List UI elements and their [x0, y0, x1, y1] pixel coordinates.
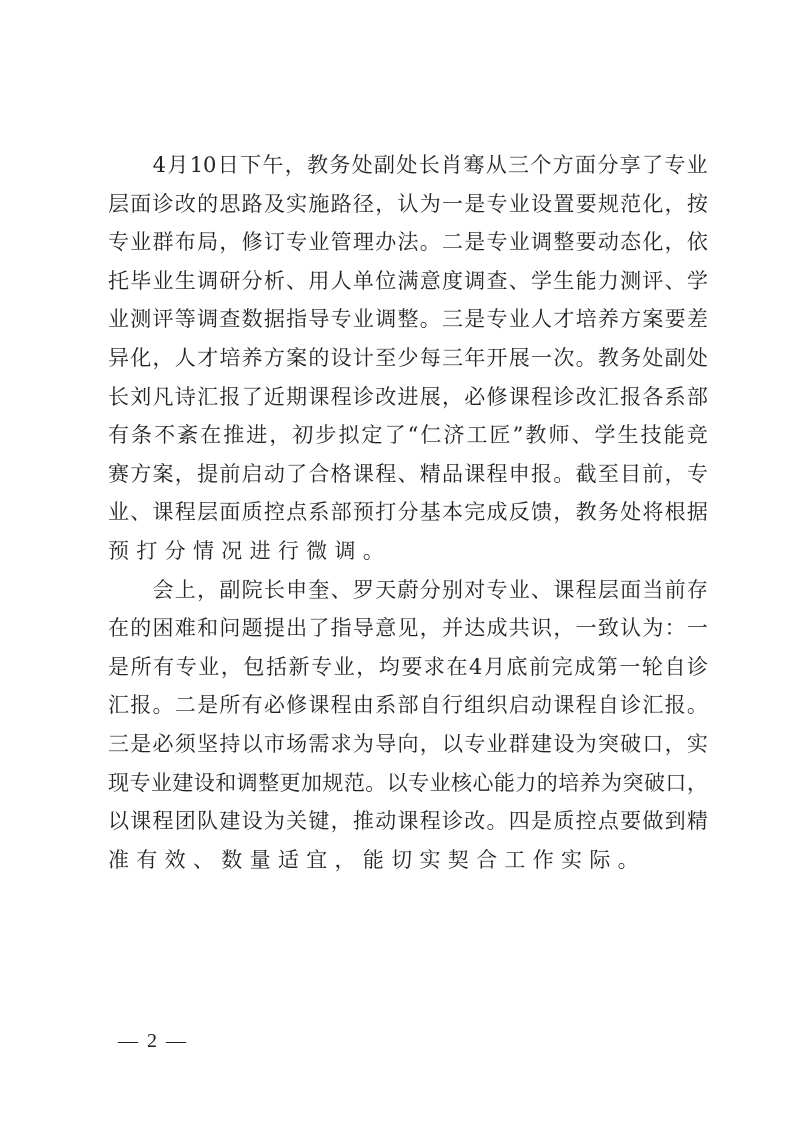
text-char: 专: [487, 571, 508, 610]
text-char: 业: [353, 300, 374, 339]
text-char: 培: [576, 300, 597, 339]
text-char: 指: [286, 300, 307, 339]
text-char: 见: [397, 609, 418, 648]
text-char: 调: [464, 262, 485, 301]
text-char: 实: [687, 725, 708, 764]
text-char: 思: [219, 185, 240, 224]
text-char: 打: [136, 532, 164, 571]
text-char: 识: [531, 609, 552, 648]
text-char: 控: [576, 802, 597, 841]
text-char: 学: [531, 262, 552, 301]
text-line: 4月10日下午，教务处副处长肖骞从三个方面分享了专业: [108, 146, 708, 185]
text-char: 专: [487, 223, 508, 262]
text-char: 业: [198, 648, 219, 687]
text-char: 合: [308, 455, 329, 494]
text-char: 所: [131, 648, 152, 687]
text-char: 报: [130, 686, 151, 725]
text-char: 必: [264, 686, 285, 725]
text-char: 业: [687, 146, 708, 185]
text-char: ，: [420, 725, 441, 764]
text-char: 导: [353, 609, 374, 648]
text-line: 预打分情况进行微调。: [108, 532, 708, 571]
text-char: 系: [665, 378, 686, 417]
text-char: 方: [264, 339, 285, 378]
text-char: 第: [597, 648, 618, 687]
text-char: 毕: [130, 262, 151, 301]
text-char: 指: [331, 609, 352, 648]
text-char: 路: [331, 185, 352, 224]
text-char: 养: [598, 300, 619, 339]
text-char: 条: [131, 416, 152, 455]
text-char: ，: [175, 455, 196, 494]
text-char: 况: [221, 532, 249, 571]
text-line: 以课程团队建设为关键，推动课程诊改。四是质控点要做到精: [108, 802, 708, 841]
text-char: 教: [307, 146, 328, 185]
paragraph-2: 会上，副院长申奎、罗天蔚分别对专业、课程层面当前存 在的困难和问题提出了指导意见…: [108, 571, 708, 880]
text-char: 为: [420, 185, 441, 224]
text-char: 是: [464, 223, 485, 262]
text-char: 法: [397, 223, 418, 262]
text-char: 实: [561, 841, 589, 880]
text-char: 反: [509, 493, 530, 532]
text-char: 精: [420, 455, 441, 494]
text-char: 基: [420, 493, 441, 532]
text-char: 设: [531, 185, 552, 224]
text-char: 人: [331, 262, 352, 301]
text-char: 括: [266, 648, 287, 687]
text-char: 业: [509, 223, 530, 262]
text-char: 在: [108, 609, 129, 648]
text-char: 契: [448, 841, 476, 880]
text-char: 馈: [531, 493, 552, 532]
text-line: 赛方案，提前启动了合格课程、精品课程申报。截至目前，专: [108, 455, 708, 494]
text-char: 更: [280, 764, 301, 803]
text-char: 长: [419, 146, 440, 185]
text-char: 面: [620, 571, 641, 610]
text-char: 一: [619, 648, 640, 687]
text-char: 教: [598, 339, 619, 378]
text-char: 是: [531, 802, 552, 841]
text-char: 案: [642, 300, 663, 339]
text-char: 成: [487, 493, 508, 532]
text-char: 推: [353, 802, 374, 841]
text-char: 测: [130, 300, 151, 339]
text-char: 成: [487, 609, 508, 648]
text-char: 专: [311, 648, 332, 687]
text-char: 前: [529, 648, 550, 687]
text-char: 拟: [338, 416, 359, 455]
text-line: 汇报。二是所有必修课程由系部自行组织启动课程自诊汇报。: [108, 686, 708, 725]
text-char: 处: [396, 146, 417, 185]
text-char: 建: [172, 764, 193, 803]
text-char: 施: [308, 185, 329, 224]
text-char: 要: [401, 648, 422, 687]
text-char: 点: [598, 802, 619, 841]
text-char: 三: [108, 725, 129, 764]
text-char: 程: [153, 802, 174, 841]
text-char: 有: [153, 648, 174, 687]
text-char: 异: [108, 339, 129, 378]
text-char: 课: [353, 455, 374, 494]
text-char: 力: [598, 262, 619, 301]
text-line: 在的困难和问题提出了指导意见，并达成共识，一致认为：一: [108, 609, 708, 648]
text-char: 整: [553, 223, 574, 262]
text-char: 要: [576, 223, 597, 262]
text-char: 上: [175, 571, 196, 610]
text-char: 等: [175, 300, 196, 339]
text-char: 进: [250, 532, 278, 571]
text-char: 学: [687, 262, 708, 301]
text-char: 轮: [642, 648, 663, 687]
text-char: 力: [515, 764, 536, 803]
text-char: 业: [487, 725, 508, 764]
text-char: 为: [576, 725, 597, 764]
text-char: 关: [286, 802, 307, 841]
text-char: 本: [442, 493, 463, 532]
text-char: ，: [665, 455, 686, 494]
text-char: 需: [308, 725, 329, 764]
text-char: 启: [509, 686, 530, 725]
text-char: 。: [553, 455, 574, 494]
text-char: 均: [379, 648, 400, 687]
text-char: 部: [331, 493, 352, 532]
text-char: 整: [397, 300, 418, 339]
text-char: 对: [464, 571, 485, 610]
text-char: 以: [242, 725, 263, 764]
text-char: 业: [509, 571, 530, 610]
text-char: 控: [264, 493, 285, 532]
text-char: 各: [642, 378, 663, 417]
text-char: 托: [108, 262, 129, 301]
text-char: 、: [286, 262, 307, 301]
text-char: 打: [375, 493, 396, 532]
text-char: 要: [620, 802, 641, 841]
text-char: 生: [618, 416, 639, 455]
text-char: 期: [286, 378, 307, 417]
text-char: 。: [618, 841, 646, 880]
text-char: 作: [533, 841, 561, 880]
text-char: 步: [315, 416, 336, 455]
text-char: 、: [331, 571, 352, 610]
text-char: 课: [397, 802, 418, 841]
text-char: 口: [665, 764, 686, 803]
text-char: 坚: [197, 725, 218, 764]
text-char: 场: [286, 725, 307, 764]
text-char: 处: [687, 339, 708, 378]
text-char: 10: [190, 146, 217, 185]
text-char: 。: [420, 300, 441, 339]
text-char: 实: [419, 841, 447, 880]
text-char: 专: [176, 648, 197, 687]
text-char: 的: [537, 764, 558, 803]
text-char: 人: [531, 300, 552, 339]
text-char: 了: [286, 455, 307, 494]
text-char: 合: [476, 841, 504, 880]
text-char: 工: [467, 416, 488, 455]
text-char: 效: [165, 841, 193, 880]
text-char: 意: [420, 262, 441, 301]
text-char: 课: [153, 493, 174, 532]
text-char: 诊: [442, 802, 463, 841]
text-char: 订: [264, 223, 285, 262]
text-char: 分: [242, 262, 263, 301]
text-char: 程: [375, 455, 396, 494]
text-char: 层: [108, 185, 129, 224]
text-char: 罗: [353, 571, 374, 610]
text-char: 方: [620, 300, 641, 339]
body-text: 4月10日下午，教务处副处长肖骞从三个方面分享了专业 层面诊改的思路及实施路径，…: [108, 146, 708, 879]
text-char: 布: [175, 223, 196, 262]
text-char: 品: [442, 455, 463, 494]
text-char: 少: [397, 339, 418, 378]
text-char: 分: [597, 146, 618, 185]
text-char: 程: [420, 802, 441, 841]
text-char: 规: [598, 185, 619, 224]
text-char: 一: [531, 339, 552, 378]
text-char: 加: [301, 764, 322, 803]
text-char: ”: [513, 416, 524, 455]
text-char: ：: [665, 609, 686, 648]
text-char: 、: [509, 262, 530, 301]
text-char: 程: [576, 571, 597, 610]
text-char: ，: [665, 223, 686, 262]
text-char: 处: [642, 339, 663, 378]
text-char: 为: [353, 725, 374, 764]
text-char: 建: [219, 802, 240, 841]
text-char: 意: [375, 609, 396, 648]
text-char: 午: [262, 146, 283, 185]
text-char: 按: [687, 185, 708, 224]
text-char: ，: [687, 764, 708, 803]
text-char: 现: [108, 764, 129, 803]
text-char: 才: [553, 300, 574, 339]
text-char: 难: [175, 609, 196, 648]
text-char: 专: [687, 455, 708, 494]
text-char: 设: [242, 802, 263, 841]
text-char: 专: [331, 300, 352, 339]
text-char: ，: [375, 185, 396, 224]
text-char: 调: [197, 262, 218, 301]
text-char: 及: [264, 185, 285, 224]
text-char: 成: [574, 648, 595, 687]
text-char: 导: [308, 300, 329, 339]
text-char: 工: [504, 841, 532, 880]
text-char: 业: [108, 493, 129, 532]
text-char: 业: [430, 764, 451, 803]
text-char: 和: [215, 764, 236, 803]
text-char: 行: [278, 532, 306, 571]
text-char: [108, 571, 129, 610]
text-char: 进: [246, 416, 267, 455]
text-char: 匠: [490, 416, 511, 455]
text-char: 修: [286, 686, 307, 725]
text-char: 养: [580, 764, 601, 803]
text-char: 质: [242, 493, 263, 532]
document-page: 4月10日下午，教务处副处长肖骞从三个方面分享了专业 层面诊改的思路及实施路径，…: [0, 0, 793, 1122]
text-char: 化: [642, 223, 663, 262]
text-char: 置: [553, 185, 574, 224]
text-char: 诊: [553, 378, 574, 417]
text-char: 展: [509, 339, 530, 378]
text-char: 骞: [463, 146, 484, 185]
text-char: 业: [153, 262, 174, 301]
text-char: 诊: [620, 686, 641, 725]
text-char: ，: [221, 648, 242, 687]
text-char: 致: [598, 609, 619, 648]
text-char: 业: [108, 300, 129, 339]
text-line: 三是必须坚持以市场需求为导向，以专业群建设为突破口，实: [108, 725, 708, 764]
text-char: 预: [108, 532, 136, 571]
text-line: 准有效、数量适宜，能切实契合工作实际。: [108, 841, 708, 880]
text-char: 位: [375, 262, 396, 301]
text-char: 养: [242, 339, 263, 378]
text-char: 破: [620, 725, 641, 764]
text-char: 。: [576, 339, 597, 378]
text-char: 群: [509, 725, 530, 764]
text-char: 长: [264, 571, 285, 610]
text-char: 申: [286, 571, 307, 610]
text-char: 设: [194, 764, 215, 803]
text-char: 展: [420, 378, 441, 417]
text-char: 、: [130, 493, 151, 532]
text-char: 是: [464, 300, 485, 339]
text-char: 分: [420, 571, 441, 610]
text-char: 4: [153, 146, 166, 185]
text-char: 四: [509, 802, 530, 841]
text-char: 设: [553, 725, 574, 764]
text-char: 课: [509, 378, 530, 417]
text-char: 提: [264, 609, 285, 648]
text-char: 人: [175, 339, 196, 378]
text-char: 为: [642, 609, 663, 648]
text-char: 必: [464, 378, 485, 417]
text-char: 刘: [130, 378, 151, 417]
text-char: 析: [264, 262, 285, 301]
text-char: 动: [375, 802, 396, 841]
text-char: 。: [420, 223, 441, 262]
text-char: [130, 571, 151, 610]
text-char: 会: [153, 571, 174, 610]
text-char: 层: [197, 493, 218, 532]
text-char: 业: [334, 648, 355, 687]
text-char: 当: [642, 571, 663, 610]
text-char: 度: [442, 262, 463, 301]
text-char: 部: [397, 686, 418, 725]
text-char: 层: [598, 571, 619, 610]
text-char: 格: [331, 455, 352, 494]
text-char: ，: [269, 416, 290, 455]
text-char: 进: [397, 378, 418, 417]
text-char: 教: [525, 416, 546, 455]
text-char: 提: [197, 455, 218, 494]
text-char: 处: [352, 146, 373, 185]
text-char: 次: [553, 339, 574, 378]
text-char: 学: [595, 416, 616, 455]
text-char: 天: [375, 571, 396, 610]
text-char: 专: [487, 185, 508, 224]
text-char: 了: [308, 609, 329, 648]
text-char: 副: [219, 571, 240, 610]
text-char: 程: [331, 686, 352, 725]
text-char: 课: [553, 571, 574, 610]
text-char: 是: [464, 185, 485, 224]
text-char: 程: [175, 493, 196, 532]
text-char: 并: [442, 609, 463, 648]
text-char: 赛: [108, 455, 129, 494]
text-char: 肖: [441, 146, 462, 185]
text-char: 所: [219, 686, 240, 725]
text-char: 以: [108, 802, 129, 841]
text-char: ，: [442, 378, 463, 417]
text-char: 据: [687, 493, 708, 532]
text-char: 持: [219, 725, 240, 764]
text-char: 单: [353, 262, 374, 301]
text-line: 现专业建设和调整更加规范。以专业核心能力的培养为突破口，: [108, 764, 708, 803]
text-char: 三: [508, 146, 529, 185]
text-char: 建: [531, 725, 552, 764]
text-char: 局: [197, 223, 218, 262]
text-char: 问: [219, 609, 240, 648]
text-char: 求: [424, 648, 445, 687]
text-char: 存: [687, 571, 708, 610]
text-char: 报: [531, 455, 552, 494]
text-char: 突: [598, 725, 619, 764]
text-char: 由: [353, 686, 374, 725]
text-char: 数: [242, 300, 263, 339]
text-char: 准: [108, 841, 136, 880]
text-char: 蔚: [397, 571, 418, 610]
text-char: 课: [308, 378, 329, 417]
text-char: 情: [193, 532, 221, 571]
text-char: 至: [375, 339, 396, 378]
text-char: 是: [108, 648, 129, 687]
text-char: 凡: [153, 378, 174, 417]
text-char: 的: [197, 185, 218, 224]
text-char: 市: [264, 725, 285, 764]
page-number: — 2 —: [118, 1030, 188, 1053]
text-char: 业: [151, 764, 172, 803]
text-char: 口: [642, 725, 663, 764]
text-char: 群: [153, 223, 174, 262]
text-char: 面: [575, 146, 596, 185]
text-char: [130, 146, 151, 185]
text-char: 查: [487, 262, 508, 301]
text-char: 至: [598, 455, 619, 494]
text-char: 汇: [598, 378, 619, 417]
text-char: 专: [408, 764, 429, 803]
text-char: 的: [130, 609, 151, 648]
text-line: 业、课程层面质控点系部预打分基本完成反馈，教务处将根据: [108, 493, 708, 532]
text-char: 自: [598, 686, 619, 725]
text-line: 专业群布局，修订专业管理办法。二是专业调整要动态化，依: [108, 223, 708, 262]
text-char: 改: [576, 378, 597, 417]
text-char: 向: [397, 725, 418, 764]
text-char: 整: [258, 764, 279, 803]
text-char: 方: [553, 146, 574, 185]
text-char: 有: [108, 416, 129, 455]
text-char: 业: [509, 185, 530, 224]
text-char: 破: [644, 764, 665, 803]
text-char: 评: [153, 300, 174, 339]
text-char: 系: [375, 686, 396, 725]
text-line: 异化，人才培养方案的设计至少每三年开展一次。教务处副处: [108, 339, 708, 378]
text-char: 诗: [175, 378, 196, 417]
text-char: 副: [374, 146, 395, 185]
text-char: 一: [687, 609, 708, 648]
text-char: 了: [385, 416, 406, 455]
text-char: 路: [242, 185, 263, 224]
text-char: 研: [219, 262, 240, 301]
